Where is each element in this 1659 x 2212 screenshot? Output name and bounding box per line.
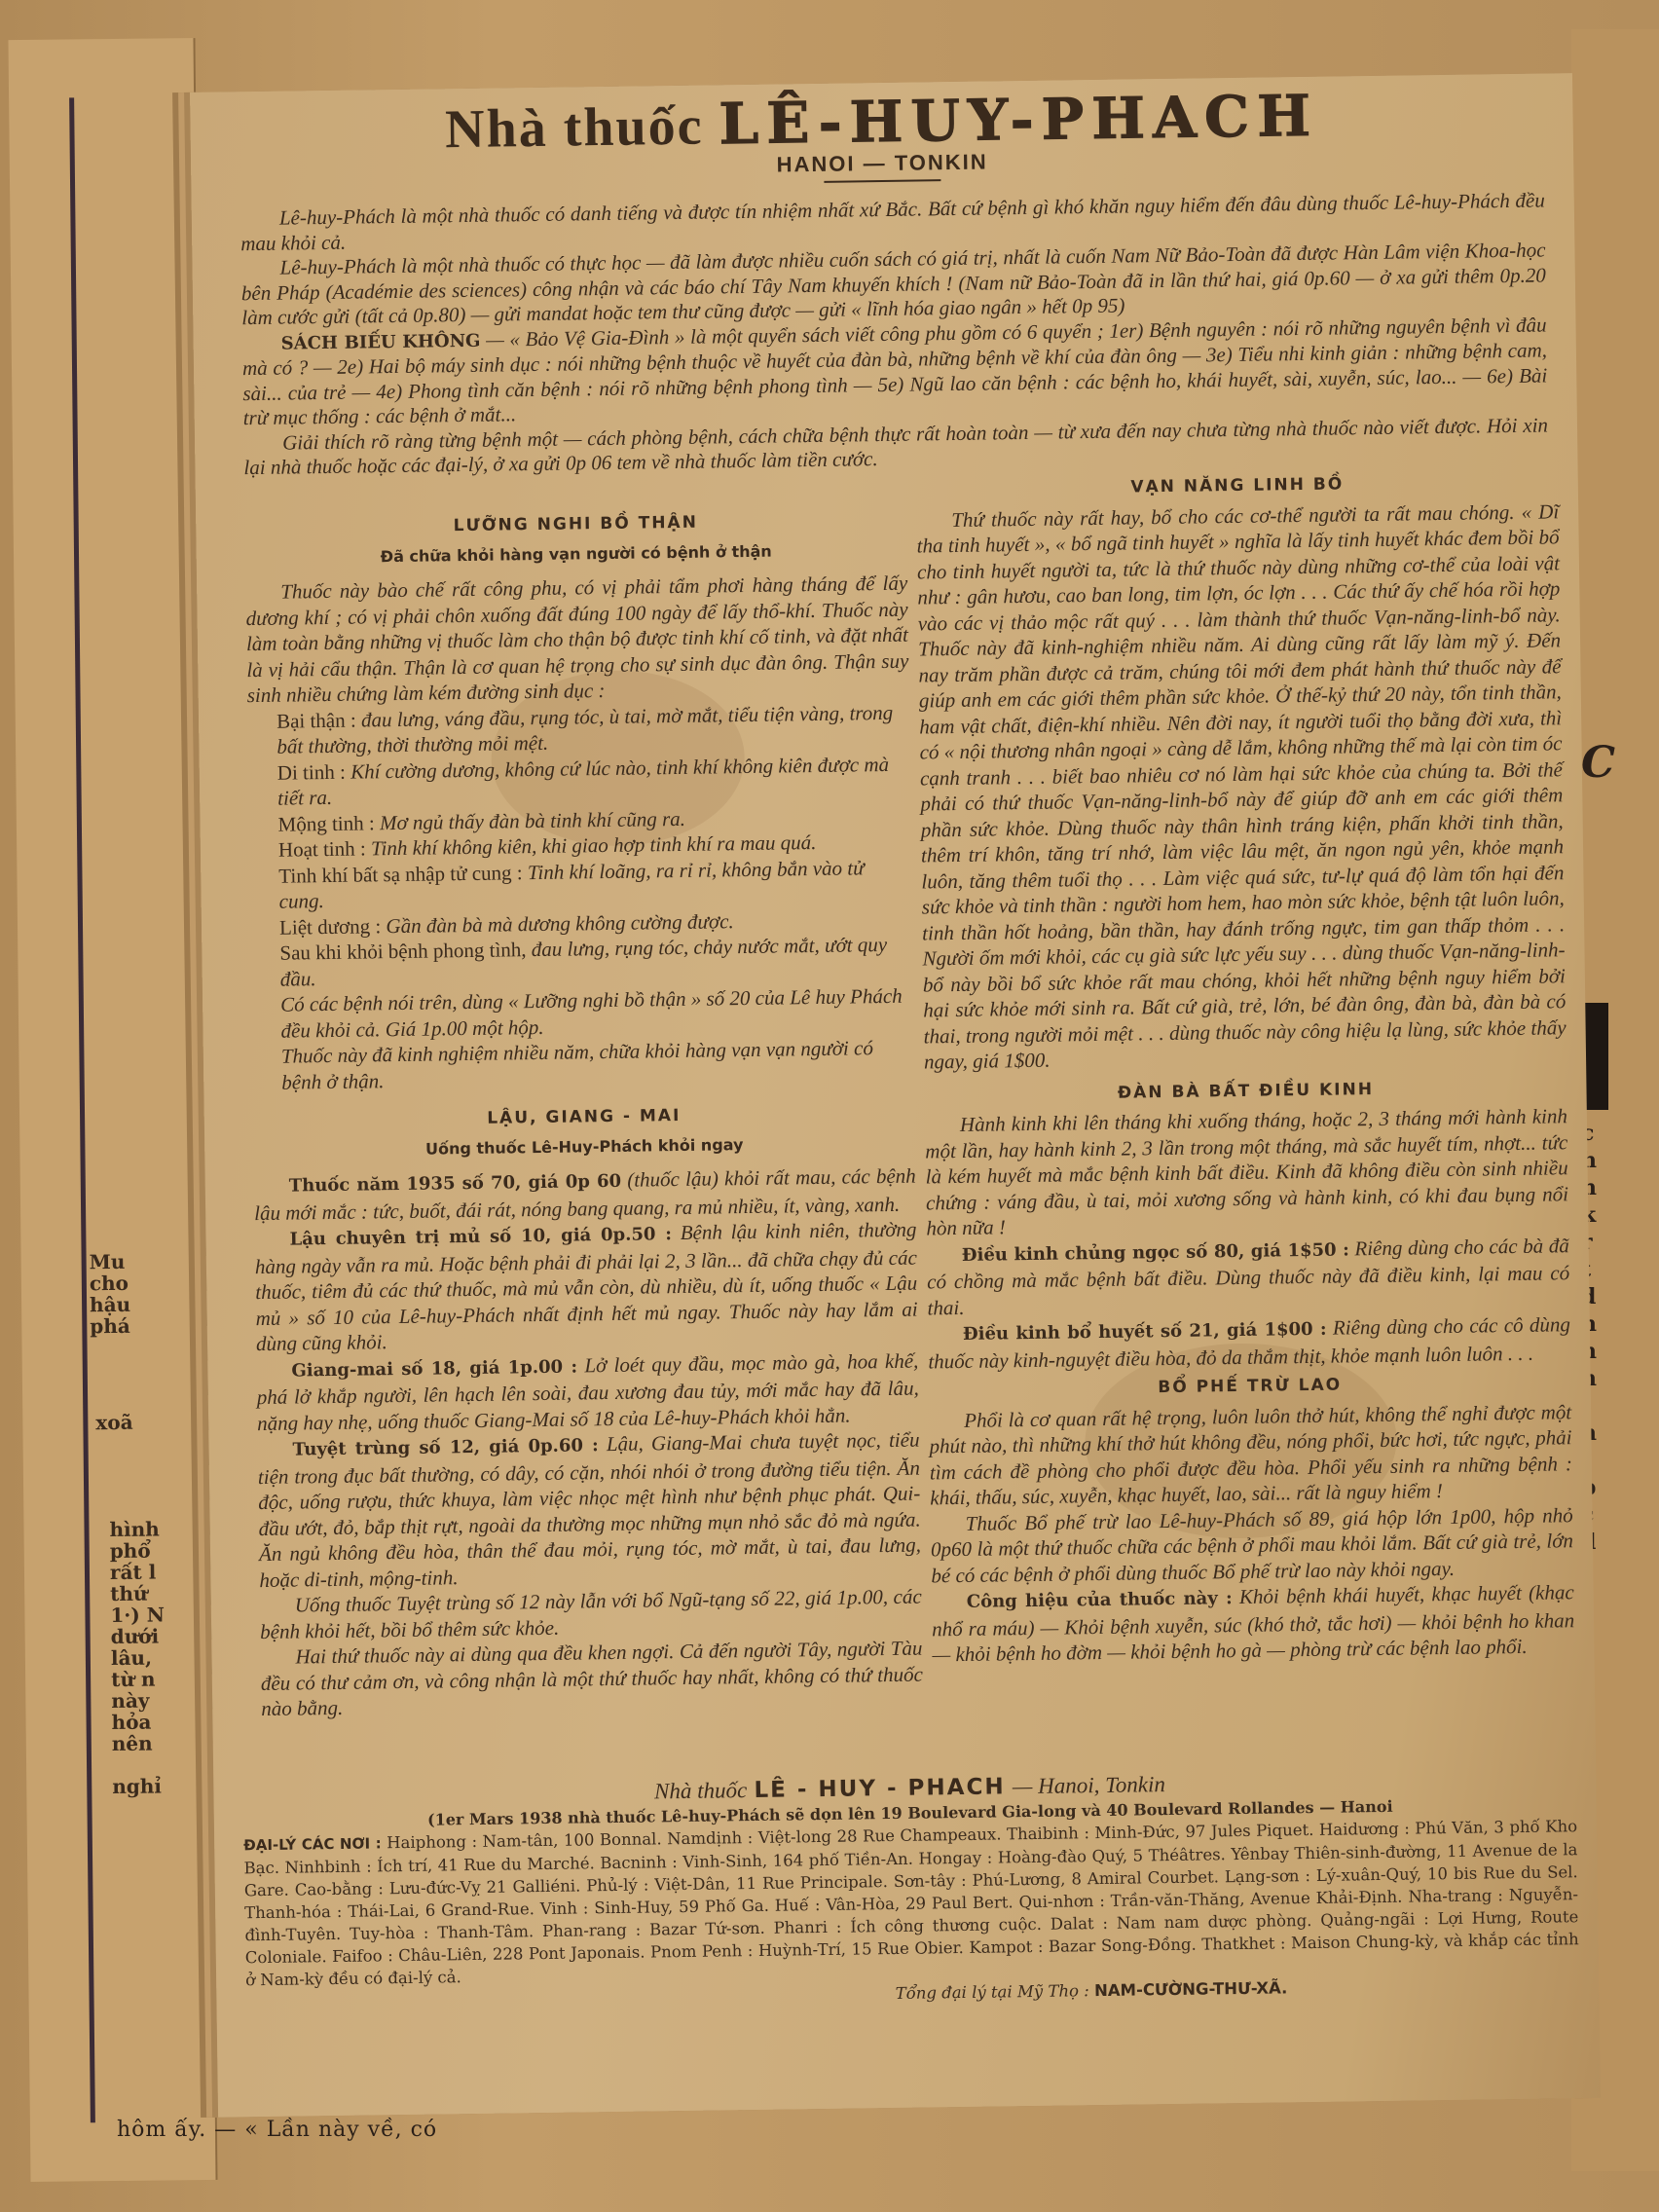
section-body: Thuốc Bổ phế trừ lao Lê-huy-Phách số 89,… (930, 1502, 1573, 1589)
remedy-text: Có các bệnh nói trên, dùng « Lưỡng nghi … (280, 983, 914, 1044)
section-body: Thuốc này bào chế rất công phu, có vị ph… (245, 571, 909, 709)
footer-agents: Nhà thuốc LÊ - HUY - PHACH — Hanoi, Tonk… (242, 1767, 1579, 2013)
symptom-item: Di tinh : Khí cường dương, không cứ lúc … (277, 751, 911, 811)
product-paragraph: Điều kinh bổ huyết số 21, giá 1$00 : Riê… (928, 1311, 1571, 1374)
intro-paragraph-3: SÁCH BIẾU KHÔNG — « Bảo Vệ Gia-Đình » là… (241, 313, 1547, 431)
symptom-item: Bại thận : đau lưng, váng đầu, rụng tóc,… (276, 699, 910, 759)
column-rule (69, 97, 95, 2122)
product-paragraph: Thuốc năm 1935 số 70, giá 0p 60 (thuốc l… (254, 1163, 917, 1226)
agents-label: ĐẠI-LÝ CÁC NƠI : (243, 1834, 382, 1854)
underlying-page-bottom-text: hôm ấy. — « Lần này về, có (117, 2118, 437, 2142)
left-fragment-text-top: Mu cho hậu phá (90, 1251, 131, 1337)
intro-section: Lê-huy-Phách là một nhà thuốc có danh ti… (240, 188, 1549, 480)
product-paragraph: Giang-mai số 18, giá 1p.00 : Lở loét quy… (256, 1347, 919, 1436)
product-paragraph: Uống thuốc Tuyệt trùng số 12 này lẫn với… (260, 1584, 923, 1644)
right-column: VẠN NĂNG LINH BỒ Thứ thuốc này rất hay, … (916, 462, 1575, 1668)
section-title-van-nang: VẠN NĂNG LINH BỒ (916, 468, 1559, 503)
product-paragraph: Điều kinh chủng ngọc số 80, giá 1$50 : R… (927, 1233, 1570, 1321)
section-subtitle-lau-giang-mai: Uống thuốc Lê-Huy-Phách khỏi ngay (253, 1129, 915, 1164)
left-fragment-text-mid: xoã (95, 1412, 132, 1433)
symptom-item: Sau khi khỏi bệnh phong tình, đau lưng, … (279, 932, 913, 992)
advertisement-page: Nhà thuốc LÊ-HUY-PHACH HANOI — TONKIN Lê… (190, 73, 1601, 2118)
section-body: Công hiệu của thuốc này : Khỏi bệnh khái… (932, 1579, 1575, 1668)
section-body: Thứ thuốc này rất hay, bổ cho các cơ-thể… (916, 498, 1567, 1075)
footer-brand: LÊ - HUY - PHACH (754, 1774, 1005, 1803)
masthead-rule (824, 179, 940, 183)
free-book-label: SÁCH BIẾU KHÔNG (281, 330, 481, 353)
footer-prefix: Nhà thuốc (654, 1778, 748, 1803)
symptom-item: Tinh khí bất sạ nhập tử cung : Tinh khí … (278, 854, 912, 914)
section-title-bo-phe: BỔ PHẾ TRỪ LAO (929, 1369, 1571, 1404)
masthead: Nhà thuốc LÊ-HUY-PHACH HANOI — TONKIN (190, 73, 1573, 192)
agents-text: Haiphong : Nam-tân, 100 Bonnal. Namdịnh … (243, 1817, 1578, 1989)
left-column: LƯỠNG NGHI BỒ THẬN Đã chữa khỏi hàng vạn… (244, 501, 923, 1722)
section-title-luong-nghi: LƯỠNG NGHI BỒ THẬN (244, 507, 906, 542)
left-fragment-text-bottom: hình phổ rất l thứ 1·) N dưới lâu, từ n … (109, 1518, 166, 1797)
closing-text: Thuốc này đã kinh nghiệm nhiều năm, chữa… (281, 1035, 915, 1095)
section-subtitle-luong-nghi: Đã chữa khỏi hàng vạn người có bệnh ở th… (245, 536, 907, 571)
section-title-bat-dieu-kinh: ĐÀN BÀ BẤT ĐIỀU KINH (924, 1074, 1567, 1109)
product-paragraph: Lậu chuyên trị mủ số 10, giá 0p.50 : Bện… (254, 1217, 918, 1357)
underlying-page-left: Mu cho hậu phá xoã hình phổ rất l thứ 1·… (8, 38, 217, 2182)
section-body: Phổi là cơ quan rất hệ trọng, luôn luôn … (929, 1399, 1572, 1511)
section-title-lau-giang-mai: LẬU, GIANG - MAI (253, 1100, 915, 1135)
product-paragraph: Tuyệt trùng số 12, giá 0p.60 : Lậu, Gian… (257, 1427, 921, 1593)
footer-location: — Hanoi, Tonkin (1013, 1772, 1165, 1798)
masthead-prefix: Nhà thuốc (445, 96, 704, 161)
footer-agent-list: ĐẠI-LÝ CÁC NƠI : Haiphong : Nam-tân, 100… (243, 1815, 1579, 1991)
masthead-brand: LÊ-HUY-PHACH (719, 83, 1318, 158)
product-paragraph: Hai thứ thuốc này ai dùng qua đều khen n… (260, 1636, 923, 1722)
section-body: Hành kinh khi lên tháng khi xuống tháng,… (925, 1103, 1569, 1241)
right-fragment-letter: C (1581, 750, 1615, 777)
